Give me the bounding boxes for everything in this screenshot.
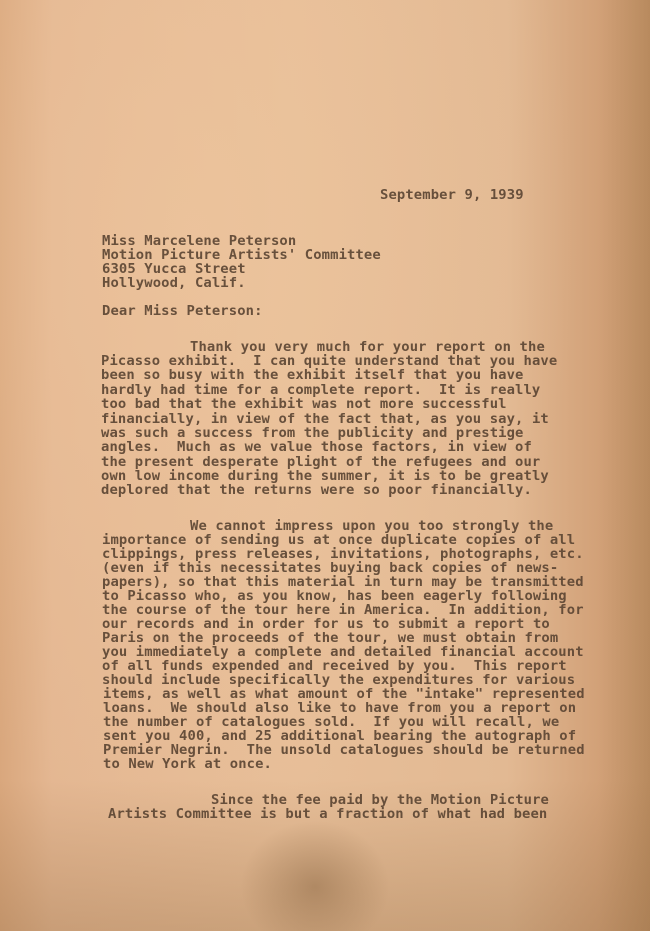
typewritten-letter: September 9, 1939 Miss Marcelene Peterso… xyxy=(0,0,650,931)
text-line: items, as well as what amount of the "in… xyxy=(103,688,585,702)
text-line: our records and in order for us to submi… xyxy=(102,618,550,632)
text-line: too bad that the exhibit was not more su… xyxy=(101,398,507,412)
text-line: the present desperate plight of the refu… xyxy=(101,456,540,470)
recipient-line: Motion Picture Artists' Committee xyxy=(102,249,381,263)
text-line: Paris on the proceeds of the tour, we mu… xyxy=(102,632,558,646)
text-line: hardly had time for a complete report. I… xyxy=(101,384,540,398)
text-line: to Picasso who, as you know, has been ea… xyxy=(102,590,567,604)
recipient-line: 6305 Yucca Street xyxy=(102,263,246,277)
text-line: Artists Committee is but a fraction of w… xyxy=(108,808,547,822)
text-line: own low income during the summer, it is … xyxy=(101,470,549,484)
text-line: you immediately a complete and detailed … xyxy=(102,646,584,660)
text-line: Since the fee paid by the Motion Picture xyxy=(211,794,549,808)
text-line: deplored that the returns were so poor f… xyxy=(101,484,532,498)
recipient-line: Miss Marcelene Peterson xyxy=(102,235,296,249)
text-line: importance of sending us at once duplica… xyxy=(102,534,575,548)
text-line: to New York at once. xyxy=(103,758,272,772)
text-line: Picasso exhibit. I can quite understand … xyxy=(101,355,557,369)
salutation: Dear Miss Peterson: xyxy=(102,305,263,319)
text-line: papers), so that this material in turn m… xyxy=(102,576,584,590)
text-line: Premier Negrin. The unsold catalogues sh… xyxy=(103,744,585,758)
text-line: loans. We should also like to have from … xyxy=(103,702,576,716)
letter-date: September 9, 1939 xyxy=(380,189,524,203)
text-line: clippings, press releases, invitations, … xyxy=(102,548,584,562)
text-line: the course of the tour here in America. … xyxy=(102,604,584,618)
text-line: should include specifically the expendit… xyxy=(102,674,575,688)
recipient-line: Hollywood, Calif. xyxy=(102,277,246,291)
text-line: Thank you very much for your report on t… xyxy=(190,341,545,355)
text-line: financially, in view of the fact that, a… xyxy=(101,413,549,427)
text-line: We cannot impress upon you too strongly … xyxy=(190,520,553,534)
text-line: was such a success from the publicity an… xyxy=(101,427,524,441)
text-line: sent you 400, and 25 additional bearing … xyxy=(103,730,576,744)
text-line: (even if this necessitates buying back c… xyxy=(102,562,558,576)
text-line: been so busy with the exhibit itself tha… xyxy=(101,369,524,383)
text-line: of all funds expended and received by yo… xyxy=(102,660,567,674)
text-line: angles. Much as we value those factors, … xyxy=(101,441,532,455)
text-line: the number of catalogues sold. If you wi… xyxy=(103,716,559,730)
